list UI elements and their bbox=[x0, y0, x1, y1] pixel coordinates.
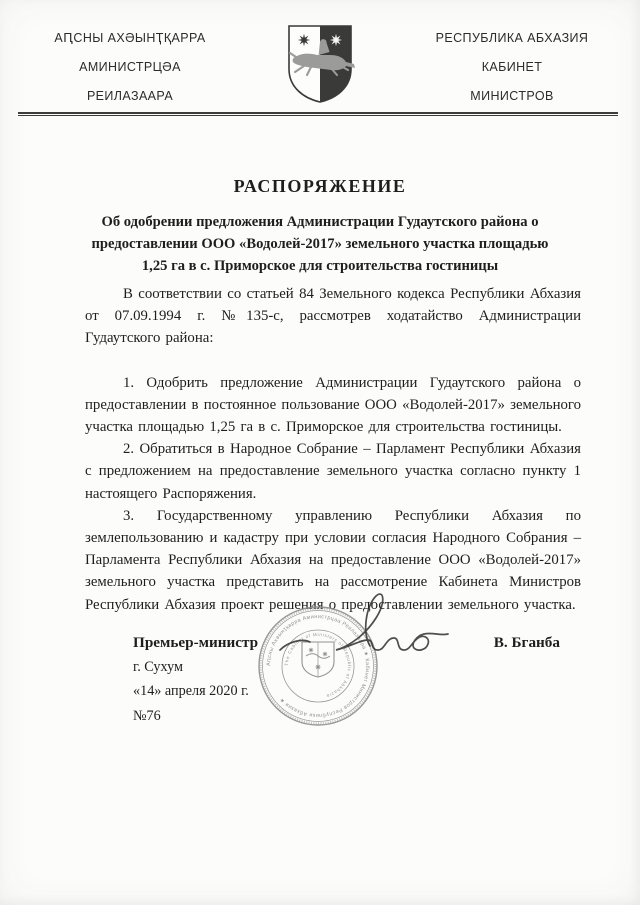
preamble-paragraph: В соответствии со статьей 84 Земельного … bbox=[85, 283, 581, 350]
header-divider bbox=[18, 112, 618, 116]
signer-name: В. Бганба bbox=[494, 634, 560, 652]
document-subject-line3: 1,25 га в с. Приморское для строительств… bbox=[60, 255, 580, 277]
document-subject-line1: Об одобрении предложения Администрации Г… bbox=[60, 211, 580, 233]
document-city: г. Сухум bbox=[133, 655, 249, 679]
decree-item-2: 2. Обратиться в Народное Собрание – Парл… bbox=[85, 438, 581, 505]
header-org-russian-line1: РЕСПУБЛИКА АБХАЗИЯ bbox=[406, 24, 618, 53]
header-org-russian-line2: КАБИНЕТ bbox=[406, 53, 618, 82]
abkhazia-coat-of-arms-icon bbox=[284, 23, 356, 105]
header-org-russian-line3: МИНИСТРОВ bbox=[406, 82, 618, 111]
document-subject: Об одобрении предложения Администрации Г… bbox=[60, 211, 580, 277]
document-meta: г. Сухум «14» апреля 2020 г. №76 bbox=[133, 655, 249, 728]
document-subject-line2: предоставлении ООО «Водолей-2017» земель… bbox=[60, 233, 580, 255]
signer-position: Премьер-министр bbox=[133, 634, 258, 652]
document-date: «14» апреля 2020 г. bbox=[133, 679, 249, 703]
header-org-russian: РЕСПУБЛИКА АБХАЗИЯ КАБИНЕТ МИНИСТРОВ bbox=[406, 24, 618, 111]
handwritten-signature bbox=[258, 588, 458, 666]
header-org-abkhaz: АԤСНЫ АХӘЫНҬҚАРРА АМИНИСТРЦӘА РЕИЛАЗААРА bbox=[26, 24, 234, 111]
header-org-abkhaz-line3: РЕИЛАЗААРА bbox=[26, 82, 234, 111]
document-type-title: РАСПОРЯЖЕНИЕ bbox=[0, 176, 640, 197]
header-org-abkhaz-line2: АМИНИСТРЦӘА bbox=[26, 53, 234, 82]
decree-item-1: 1. Одобрить предложение Администрации Гу… bbox=[85, 372, 581, 439]
document-number: №76 bbox=[133, 704, 249, 728]
document-body: В соответствии со статьей 84 Земельного … bbox=[85, 283, 581, 616]
header-org-abkhaz-line1: АԤСНЫ АХӘЫНҬҚАРРА bbox=[26, 24, 234, 53]
document-page: АԤСНЫ АХӘЫНҬҚАРРА АМИНИСТРЦӘА РЕИЛАЗААРА bbox=[0, 0, 640, 905]
